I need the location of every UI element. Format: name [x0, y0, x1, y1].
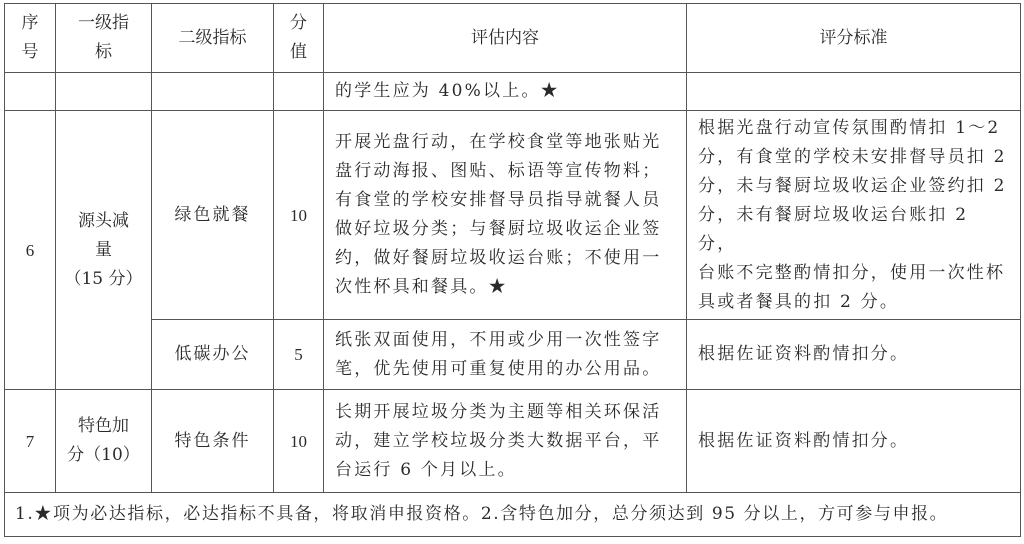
cell-empty — [5, 73, 56, 111]
continuation-row: 的学生应为 40%以上。★ — [5, 73, 1021, 111]
content-cell: 开展光盘行动，在学校食堂等地张贴光 盘行动海报、图贴、标语等宣传物料； 有食堂的… — [324, 111, 687, 320]
level2-cell: 低碳办公 — [152, 320, 274, 390]
evaluation-table: 序 号 一级指 标 二级指标 分 值 评估内容 评分标准 的学生应为 40%以上… — [4, 3, 1021, 537]
footnote: 1.★项为必达指标，必达指标不具备，将取消申报资格。2.含特色加分，总分须达到 … — [5, 493, 1021, 537]
table-row: 6 源头减 量 （15 分） 绿色就餐 10 开展光盘行动，在学校食堂等地张贴光… — [5, 111, 1021, 320]
content-cell: 的学生应为 40%以上。★ — [324, 73, 687, 111]
content-cell: 纸张双面使用，不用或少用一次性签字 笔，优先使用可重复使用的办公用品。 — [324, 320, 687, 390]
cell-empty — [687, 73, 1021, 111]
level1-cell: 特色加 分（10） — [56, 390, 152, 493]
header-row: 序 号 一级指 标 二级指标 分 值 评估内容 评分标准 — [5, 4, 1021, 73]
footnote-row: 1.★项为必达指标，必达指标不具备，将取消申报资格。2.含特色加分，总分须达到 … — [5, 493, 1021, 537]
level1-cell: 源头减 量 （15 分） — [56, 111, 152, 390]
criteria-cell: 根据佐证资料酌情扣分。 — [687, 390, 1021, 493]
score-cell: 5 — [274, 320, 324, 390]
content-cell: 长期开展垃圾分类为主题等相关环保活 动，建立学校垃圾分类大数据平台，平 台运行 … — [324, 390, 687, 493]
level2-cell: 绿色就餐 — [152, 111, 274, 320]
header-content: 评估内容 — [324, 4, 687, 73]
header-score: 分 值 — [274, 4, 324, 73]
score-cell: 10 — [274, 390, 324, 493]
header-level1: 一级指 标 — [56, 4, 152, 73]
header-criteria: 评分标准 — [687, 4, 1021, 73]
level2-cell: 特色条件 — [152, 390, 274, 493]
header-seq: 序 号 — [5, 4, 56, 73]
criteria-cell: 根据佐证资料酌情扣分。 — [687, 320, 1021, 390]
cell-empty — [56, 73, 152, 111]
header-level2: 二级指标 — [152, 4, 274, 73]
cell-empty — [274, 73, 324, 111]
score-cell: 10 — [274, 111, 324, 320]
table-row: 低碳办公 5 纸张双面使用，不用或少用一次性签字 笔，优先使用可重复使用的办公用… — [5, 320, 1021, 390]
cell-empty — [152, 73, 274, 111]
seq-cell: 6 — [5, 111, 56, 390]
table-row: 7 特色加 分（10） 特色条件 10 长期开展垃圾分类为主题等相关环保活 动，… — [5, 390, 1021, 493]
criteria-cell: 根据光盘行动宣传氛围酌情扣 1～2 分，有食堂的学校未安排督导员扣 2 分，未与… — [687, 111, 1021, 320]
seq-cell: 7 — [5, 390, 56, 493]
